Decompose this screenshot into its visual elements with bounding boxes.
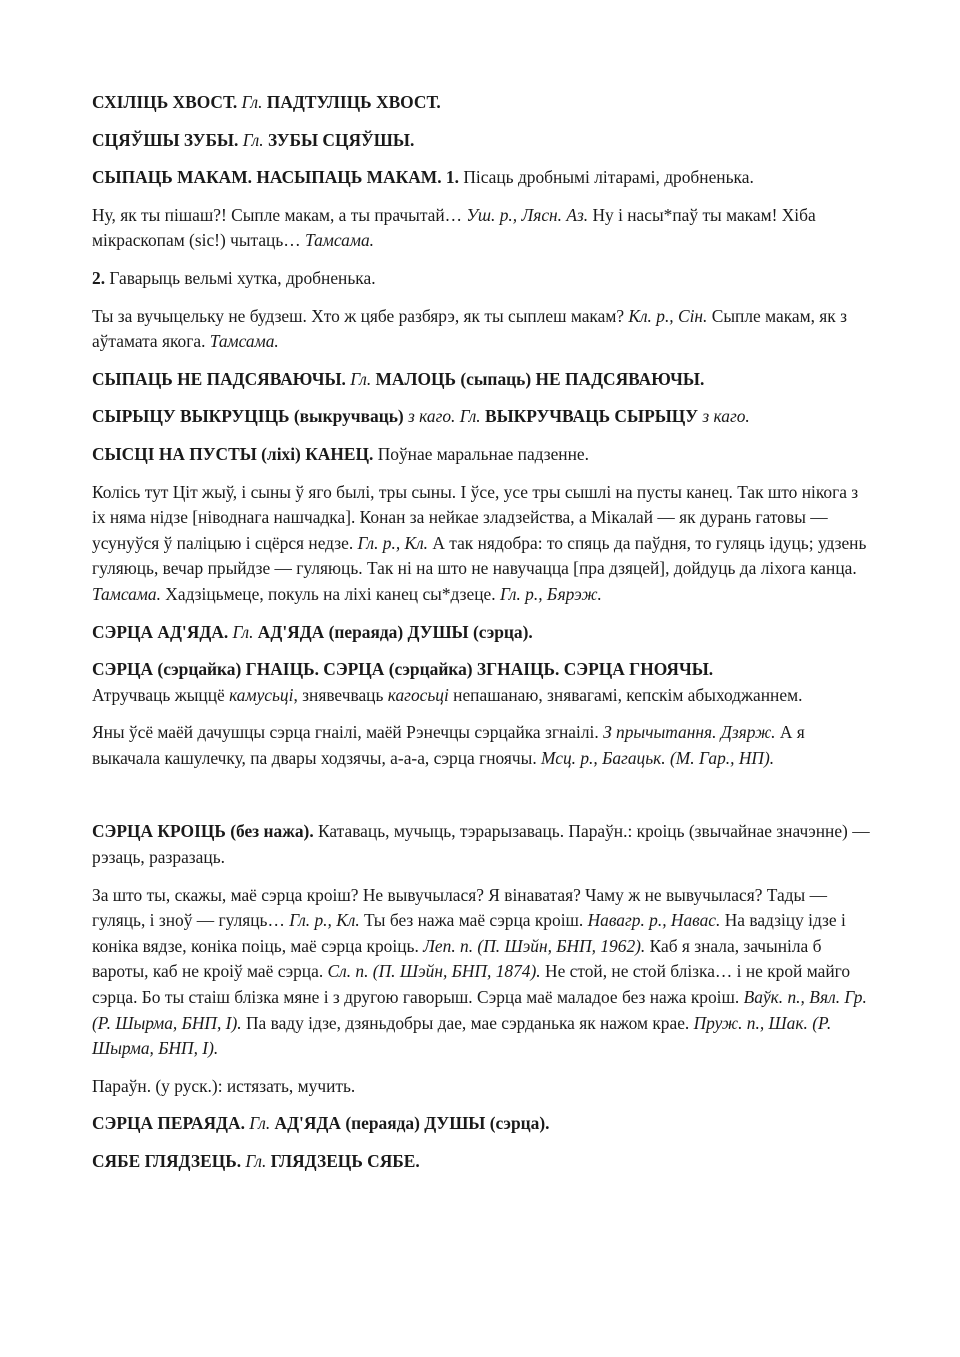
headword: АД'ЯДА (пераяда) ДУШЫ (сэрца). bbox=[258, 622, 533, 642]
text-run: Па ваду ідзе, дзяньдобры дае, мае сэрдан… bbox=[242, 1013, 694, 1033]
text-run: непашанаю, знявагамі, кепскім абыходжанн… bbox=[449, 685, 803, 705]
text-run: Поўнае маральнае падзенне. bbox=[378, 444, 589, 464]
headword: АД'ЯДА (пераяда) ДУШЫ (сэрца). bbox=[275, 1113, 550, 1133]
paragraph-entry: СЫРЫЦУ ВЫКРУЦІЦЬ (выкручваць) з каго. Гл… bbox=[92, 404, 874, 430]
source-ref: З прычытання. Дзярж. bbox=[603, 722, 775, 742]
source-ref: Гл. bbox=[245, 1151, 270, 1171]
text-run: Ты за вучыцельку не будзеш. Хто ж цябе р… bbox=[92, 306, 628, 326]
source-ref: Сл. п. (П. Шэйн, БНП, 1874). bbox=[328, 961, 541, 981]
headword: ЗУБЫ СЦЯЎШЫ. bbox=[268, 130, 414, 150]
headword: СЯБЕ ГЛЯДЗЕЦЬ. bbox=[92, 1151, 245, 1171]
source-ref: Гл. bbox=[350, 369, 375, 389]
source-ref: Гл. bbox=[233, 622, 258, 642]
source-ref: Гл. bbox=[242, 92, 267, 112]
source-ref: кагосьці bbox=[388, 685, 449, 705]
paragraph-entry: СЫПАЦЬ НЕ ПАДСЯВАЮЧЫ. Гл. МАЛОЦЬ (сыпаць… bbox=[92, 367, 874, 393]
paragraph-example: За што ты, скажы, маё сэрца кроіш? Не вы… bbox=[92, 883, 874, 1062]
source-ref: Гл. bbox=[243, 130, 268, 150]
source-ref: Навагр. р., Навас. bbox=[588, 910, 721, 930]
source-ref: Леп. п. (П. Шэйн, БНП, 1962). bbox=[423, 936, 645, 956]
paragraph-sense: 2. Гаварыць вельмі хутка, дробненька. bbox=[92, 266, 874, 292]
text-run: Ты без нажа маё сэрца кроіш. bbox=[360, 910, 588, 930]
document-page: СХІЛІЦЬ ХВОСТ. Гл. ПАДТУЛІЦЬ ХВОСТ.СЦЯЎШ… bbox=[92, 90, 874, 1187]
source-ref: камусьці bbox=[229, 685, 293, 705]
paragraph-entry: СЫПАЦЬ МАКАМ. НАСЫПАЦЬ МАКАМ. 1. Пісаць … bbox=[92, 165, 874, 191]
paragraph-example: Колісь тут Ціт жыў, і сыны ў яго былі, т… bbox=[92, 480, 874, 608]
text-run: Хадзіцьмеце, покуль на ліхі канец сы*дзе… bbox=[161, 584, 500, 604]
headword: СЫПАЦЬ МАКАМ. НАСЫПАЦЬ МАКАМ. 1. bbox=[92, 167, 463, 187]
source-ref: Тамсама. bbox=[92, 584, 161, 604]
headword: СЭРЦА АД'ЯДА. bbox=[92, 622, 233, 642]
paragraph-example: Ты за вучыцельку не будзеш. Хто ж цябе р… bbox=[92, 304, 874, 355]
headword: СЫСЦІ НА ПУСТЫ (ліхі) КАНЕЦ. bbox=[92, 444, 378, 464]
source-ref: Уш. р., Лясн. Аз. bbox=[466, 205, 588, 225]
paragraph-entry: СХІЛІЦЬ ХВОСТ. Гл. ПАДТУЛІЦЬ ХВОСТ. bbox=[92, 90, 874, 116]
headword: СЫПАЦЬ НЕ ПАДСЯВАЮЧЫ. bbox=[92, 369, 350, 389]
headword: СЫРЫЦУ ВЫКРУЦІЦЬ (выкручваць) bbox=[92, 406, 408, 426]
headword: ПАДТУЛІЦЬ ХВОСТ. bbox=[267, 92, 441, 112]
text-run: , знявечваць bbox=[293, 685, 387, 705]
paragraph-entry: СЦЯЎШЫ ЗУБЫ. Гл. ЗУБЫ СЦЯЎШЫ. bbox=[92, 128, 874, 154]
source-ref: Гл. bbox=[249, 1113, 274, 1133]
source-ref: Тамсама. bbox=[210, 331, 279, 351]
source-ref: Гл. р., Кл. bbox=[289, 910, 359, 930]
paragraph-example: Яны ўсё маёй дачушцы сэрца гнаілі, маёй … bbox=[92, 720, 874, 771]
source-ref: з каго. bbox=[702, 406, 749, 426]
text-run: Атручваць жыццё bbox=[92, 685, 229, 705]
text-run: Параўн. (у руск.): истязать, мучить. bbox=[92, 1076, 355, 1096]
text-run: Пісаць дробнымі літарамі, дробненька. bbox=[463, 167, 753, 187]
source-ref: Кл. р., Сін. bbox=[628, 306, 707, 326]
paragraph-entry: СЭРЦА ПЕРАЯДА. Гл. АД'ЯДА (пераяда) ДУШЫ… bbox=[92, 1111, 874, 1137]
paragraph-note: Параўн. (у руск.): истязать, мучить. bbox=[92, 1074, 874, 1100]
headword: 2. bbox=[92, 268, 109, 288]
paragraph-entry: СЫСЦІ НА ПУСТЫ (ліхі) КАНЕЦ. Поўнае мара… bbox=[92, 442, 874, 468]
headword: СЭРЦА (сэрцайка) ГНАІЦЬ. СЭРЦА (сэрцайка… bbox=[92, 659, 713, 679]
headword: СЭРЦА ПЕРАЯДА. bbox=[92, 1113, 249, 1133]
headword: СЭРЦА КРОІЦЬ (без нажа). bbox=[92, 821, 318, 841]
paragraph-entry: СЭРЦА КРОІЦЬ (без нажа). Катаваць, мучыц… bbox=[92, 819, 874, 870]
source-ref: Мсц. р., Багацьк. (М. Гар., НП). bbox=[541, 748, 774, 768]
text-run: Ну, як ты пішаш?! Сыпле макам, а ты прач… bbox=[92, 205, 466, 225]
headword: ВЫКРУЧВАЦЬ СЫРЫЦУ bbox=[485, 406, 702, 426]
headword: ГЛЯДЗЕЦЬ СЯБЕ. bbox=[271, 1151, 420, 1171]
text-run: Гаварыць вельмі хутка, дробненька. bbox=[109, 268, 375, 288]
headword: СХІЛІЦЬ ХВОСТ. bbox=[92, 92, 242, 112]
source-ref: Тамсама. bbox=[305, 230, 374, 250]
headword: МАЛОЦЬ (сыпаць) НЕ ПАДСЯВАЮЧЫ. bbox=[376, 369, 705, 389]
paragraph-entry: СЯБЕ ГЛЯДЗЕЦЬ. Гл. ГЛЯДЗЕЦЬ СЯБЕ. bbox=[92, 1149, 874, 1175]
paragraph-example: Ну, як ты пішаш?! Сыпле макам, а ты прач… bbox=[92, 203, 874, 254]
text-run: Яны ўсё маёй дачушцы сэрца гнаілі, маёй … bbox=[92, 722, 603, 742]
source-ref: з каго. Гл. bbox=[408, 406, 485, 426]
headword: СЦЯЎШЫ ЗУБЫ. bbox=[92, 130, 243, 150]
source-ref: Гл. р., Бярэж. bbox=[500, 584, 602, 604]
source-ref: Гл. р., Кл. bbox=[358, 533, 428, 553]
paragraph-entry: СЭРЦА (сэрцайка) ГНАІЦЬ. СЭРЦА (сэрцайка… bbox=[92, 657, 874, 708]
paragraph-entry: СЭРЦА АД'ЯДА. Гл. АД'ЯДА (пераяда) ДУШЫ … bbox=[92, 620, 874, 646]
